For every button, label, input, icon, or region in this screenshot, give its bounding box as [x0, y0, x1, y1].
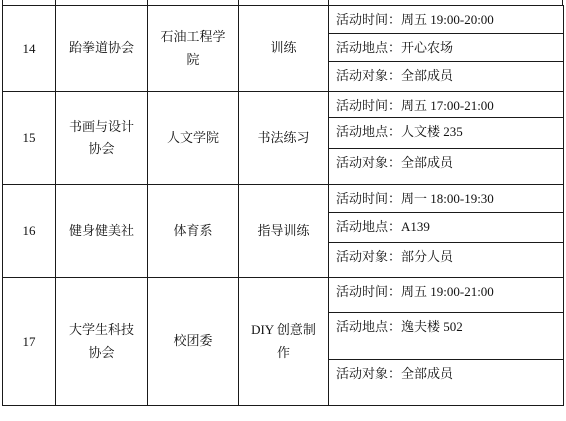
row-number-cell: 17: [3, 278, 56, 406]
detail-place-cell: 活动地点：A139: [329, 213, 564, 243]
detail-time-cell: 活动时间：周五 19:00-20:00: [329, 6, 564, 34]
table-row: 16 健身健美社 体育系 指导训练 活动时间：周一 18:00-19:30: [3, 185, 564, 213]
detail-time-cell: 活动时间：周一 18:00-19:30: [329, 185, 564, 213]
border-stub: [328, 0, 329, 5]
college-cell: 石油工程学院: [148, 6, 239, 92]
club-name-cell: 健身健美社: [56, 185, 148, 278]
club-name-cell: 大学生科技协会: [56, 278, 148, 406]
detail-target-cell: 活动对象：全部成员: [329, 360, 564, 406]
detail-target-cell: 活动对象：全部成员: [329, 62, 564, 92]
table-row: 15 书画与设计协会 人文学院 书法练习 活动时间：周五 17:00-21:00: [3, 92, 564, 118]
activity-cell: 指导训练: [239, 185, 329, 278]
detail-place-cell: 活动地点：人文楼 235: [329, 118, 564, 149]
table-row: 17 大学生科技协会 校团委 DIY 创意制作 活动时间：周五 19:00-21…: [3, 278, 564, 313]
document-page: 14 跆拳道协会 石油工程学院 训练 活动时间：周五 19:00-20:00 活…: [0, 0, 566, 421]
college-cell: 人文学院: [148, 92, 239, 185]
table-row: 14 跆拳道协会 石油工程学院 训练 活动时间：周五 19:00-20:00: [3, 6, 564, 34]
club-name-cell: 书画与设计协会: [56, 92, 148, 185]
activity-cell: 训练: [239, 6, 329, 92]
border-stub: [147, 0, 148, 5]
detail-time-cell: 活动时间：周五 17:00-21:00: [329, 92, 564, 118]
row-number-cell: 15: [3, 92, 56, 185]
border-stub: [238, 0, 239, 5]
border-stub: [55, 0, 56, 5]
detail-target-cell: 活动对象：全部成员: [329, 149, 564, 185]
detail-target-cell: 活动对象：部分人员: [329, 243, 564, 278]
row-number-cell: 14: [3, 6, 56, 92]
club-activities-table: 14 跆拳道协会 石油工程学院 训练 活动时间：周五 19:00-20:00 活…: [2, 5, 564, 406]
detail-time-cell: 活动时间：周五 19:00-21:00: [329, 278, 564, 313]
activity-cell: DIY 创意制作: [239, 278, 329, 406]
table-top-continuation: [2, 0, 563, 5]
college-cell: 体育系: [148, 185, 239, 278]
border-stub: [562, 0, 563, 5]
detail-place-cell: 活动地点：开心农场: [329, 34, 564, 62]
activity-cell: 书法练习: [239, 92, 329, 185]
row-number-cell: 16: [3, 185, 56, 278]
border-stub: [2, 0, 3, 5]
detail-place-cell: 活动地点：逸夫楼 502: [329, 313, 564, 360]
college-cell: 校团委: [148, 278, 239, 406]
club-name-cell: 跆拳道协会: [56, 6, 148, 92]
